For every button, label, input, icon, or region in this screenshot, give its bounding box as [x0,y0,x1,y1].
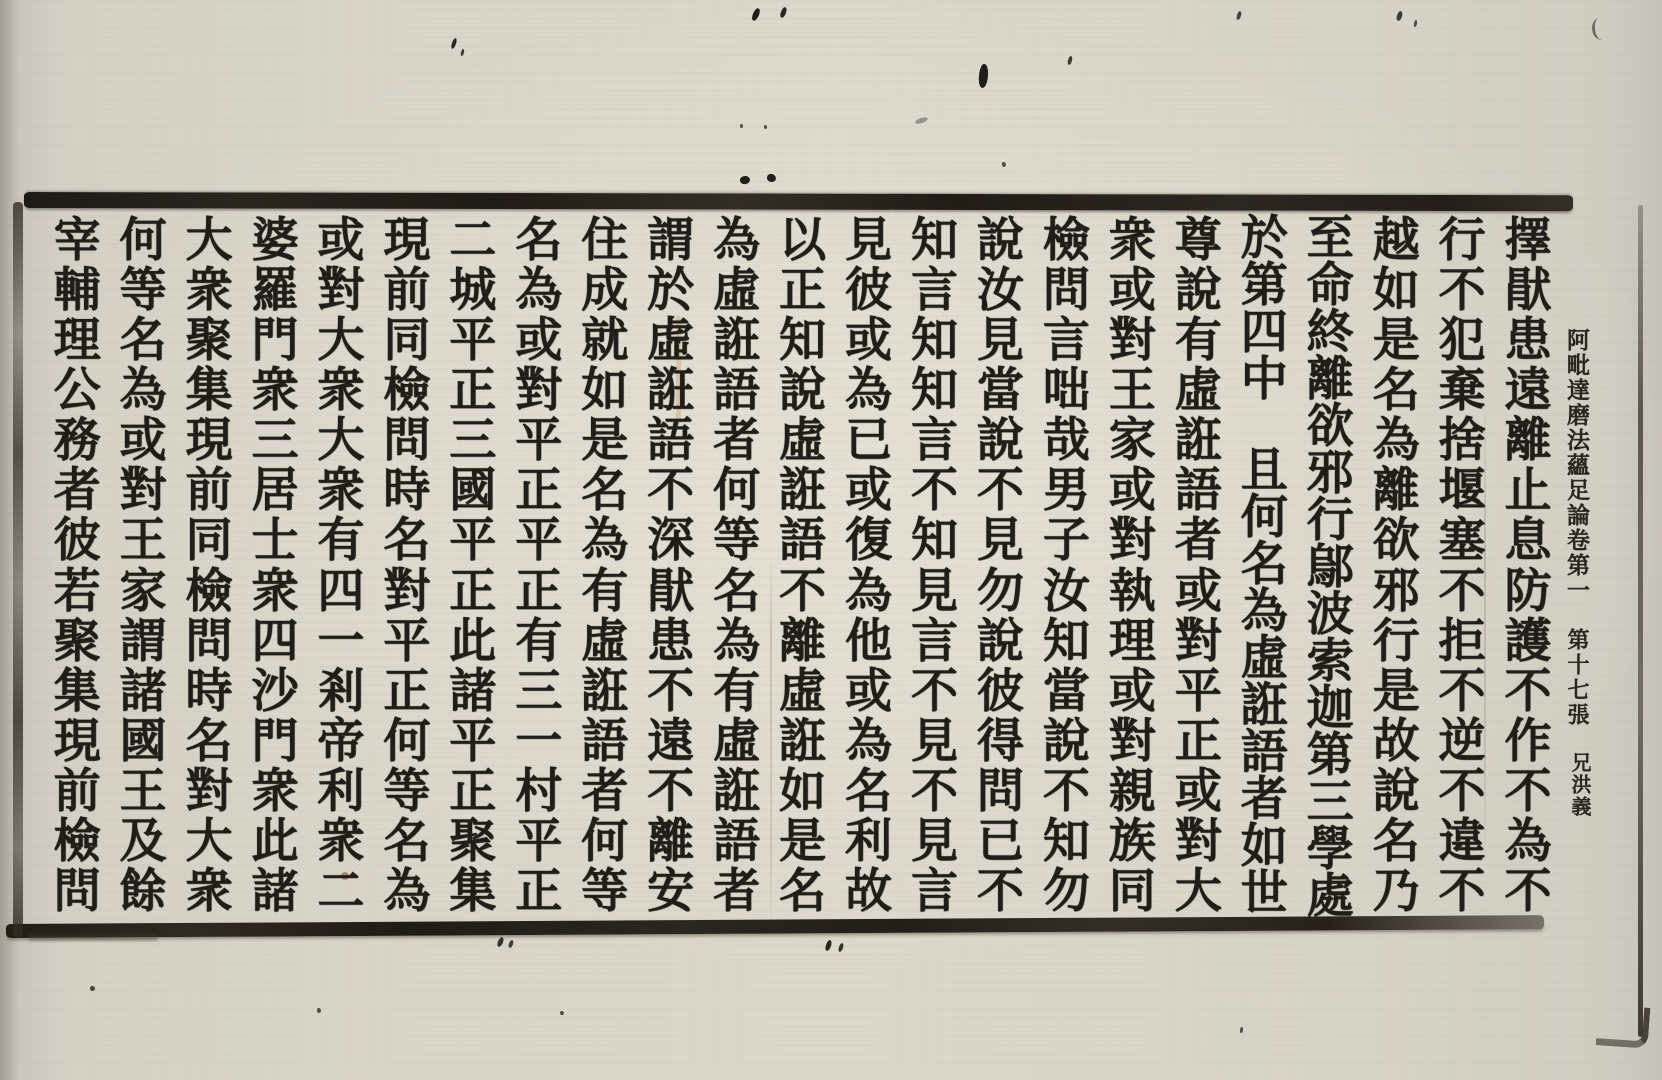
glyph: 於 [640,265,702,315]
glyph: 對 [1101,315,1163,365]
glyph: 何 [574,817,636,867]
glyph: 為 [838,566,900,616]
glyph: 虛 [1167,365,1229,415]
glyph: 離 [1365,466,1427,516]
glyph: 汝 [1035,566,1097,616]
glyph: 不 [1431,265,1493,315]
glyph: 為 [508,265,570,315]
glyph: 行 [1299,497,1361,544]
glyph: 堰 [1431,466,1493,516]
glyph: 逆 [1431,716,1493,766]
glyph: 對 [1101,516,1163,566]
glyph: 檢 [376,365,438,415]
glyph: 正 [376,666,438,716]
glyph: 名 [838,767,900,817]
glyph: 哉 [1035,416,1097,466]
text-column-21: 大衆聚集現前同檢問時名對大衆 [178,215,240,917]
glyph: 對 [1101,716,1163,766]
glyph: 防 [1497,566,1559,616]
text-column-16: 名為或對平正平正有三一村平正 [508,215,570,917]
glyph: 諸 [244,867,306,917]
glyph: 名 [508,215,570,265]
text-column-17: 二城平正三國平正此諸平正聚集 [442,215,504,917]
glyph: 知 [903,215,965,265]
glyph: 汝 [969,265,1031,315]
glyph: 一 [310,616,372,666]
glyph: 不 [1035,767,1097,817]
glyph: 對 [1167,817,1229,867]
glyph: 波 [1299,591,1361,638]
glyph: 門 [244,315,306,365]
glyph: 者 [46,466,108,516]
glyph: 正 [442,566,504,616]
glyph: 有 [574,566,636,616]
glyph: 集 [178,365,240,415]
glyph: 平 [1167,666,1229,716]
glyph: 同 [178,516,240,566]
glyph: 說 [969,416,1031,466]
glyph: 捨 [1431,416,1493,466]
glyph: 見 [969,516,1031,566]
glyph: 說 [1365,767,1427,817]
glyph: 及 [112,817,174,867]
glyph: 彼 [838,265,900,315]
glyph: 說 [1035,716,1097,766]
glyph: 不 [1497,867,1559,917]
glyph: 名 [1233,541,1295,588]
glyph: 檢 [1035,215,1097,265]
glyph: 誑 [1167,416,1229,466]
glyph: 以 [772,215,834,265]
glyph: 謂 [640,215,702,265]
glyph: 衆 [178,265,240,315]
glyph: 成 [574,265,636,315]
glyph: 乃 [1365,867,1427,917]
glyph: 誑 [772,716,834,766]
glyph: 猒 [1497,265,1559,315]
glyph: 當 [969,365,1031,415]
glyph: 何 [112,215,174,265]
text-column-1: 擇猒患遠離止息防護不作不為不 [1497,215,1559,917]
glyph: 聚 [442,817,504,867]
glyph: 或 [1101,265,1163,315]
glyph: 知 [903,315,965,365]
glyph: 終 [1299,309,1361,356]
glyph: 羅 [244,265,306,315]
glyph: 時 [376,466,438,516]
sheet-number: 第十七張 [1557,628,1593,728]
glyph: 見 [903,817,965,867]
glyph: 聚 [178,315,240,365]
glyph: 此 [442,616,504,666]
glyph: 三 [1299,779,1361,826]
glyph: 勿 [1035,867,1097,917]
glyph: 是 [574,416,636,466]
glyph: 衆 [310,466,372,516]
glyph: 為 [706,215,768,265]
glyph: 是 [1365,315,1427,365]
text-column-18: 現前同檢問時名對平正何等名為 [376,215,438,917]
glyph: 見 [903,566,965,616]
glyph: 正 [442,365,504,415]
glyph: 處 [1299,873,1361,920]
scanned-page: { "document": { "kind_note": "woodblock-… [0,0,1662,1080]
text-column-23: 宰輔理公務者彼若聚集現前檢問 [46,215,108,917]
glyph: 說 [772,365,834,415]
glyph: 檢 [46,817,108,867]
glyph: 理 [46,315,108,365]
glyph: 此 [244,817,306,867]
glyph: 誑 [574,666,636,716]
glyph: 患 [640,616,702,666]
glyph: 不 [640,466,702,516]
glyph: 說 [969,215,1031,265]
glyph: 是 [772,817,834,867]
glyph: 等 [574,867,636,917]
glyph: 已 [838,416,900,466]
glyph: 為 [838,365,900,415]
glyph: 離 [1299,356,1361,403]
glyph: 當 [1035,666,1097,716]
glyph: 止 [1497,466,1559,516]
glyph: 何 [376,716,438,766]
glyph: 語 [1233,729,1295,776]
glyph: 務 [46,416,108,466]
text-column-11: 見彼或為已或復為他或為名利故 [838,215,900,917]
glyph: 或 [1101,466,1163,516]
glyph: 世 [1233,870,1295,917]
glyph: 者 [574,767,636,817]
glyph: 前 [376,265,438,315]
glyph: 於 [1233,215,1295,262]
glyph: 大 [178,817,240,867]
glyph: 名 [376,817,438,867]
glyph: 息 [1497,516,1559,566]
glyph: 等 [376,767,438,817]
text-column-15: 住成就如是名為有虛誑語者何等 [574,215,636,917]
glyph: 邪 [1299,450,1361,497]
glyph: 三 [508,666,570,716]
ink-speck [764,125,767,129]
glyph: 集 [442,867,504,917]
glyph: 宰 [46,215,108,265]
glyph: 或 [1167,767,1229,817]
glyph: 城 [442,265,504,315]
glyph: 諸 [112,666,174,716]
glyph: 就 [574,315,636,365]
glyph: 名 [1365,817,1427,867]
glyph: 言 [903,265,965,315]
glyph: 離 [640,817,702,867]
glyph: 言 [903,416,965,466]
glyph: 虛 [772,416,834,466]
glyph: 他 [838,616,900,666]
glyph: 正 [508,867,570,917]
glyph: 利 [838,817,900,867]
glyph: 對 [508,365,570,415]
glyph: 或 [1167,566,1229,616]
glyph: 故 [1365,716,1427,766]
glyph: 見 [903,716,965,766]
glyph: 語 [574,716,636,766]
glyph: 虛 [706,716,768,766]
glyph: 或 [508,315,570,365]
text-column-2: 行不犯棄捨堰塞不拒不逆不違不 [1431,215,1493,917]
glyph: 深 [640,516,702,566]
glyph: 索 [1299,638,1361,685]
glyph: 作 [1497,716,1559,766]
glyph: 大 [1167,867,1229,917]
glyph: 士 [244,516,306,566]
text-column-22: 何等名為或對王家謂諸國王及餘 [112,215,174,917]
glyph: 不 [903,666,965,716]
glyph: 知 [903,516,965,566]
glyph: 名 [376,516,438,566]
glyph: 如 [772,767,834,817]
glyph: 欲 [1299,403,1361,450]
glyph: 說 [1167,265,1229,315]
ink-speck [740,124,743,128]
glyph: 門 [244,716,306,766]
glyph: 二 [310,867,372,917]
glyph: 名 [178,716,240,766]
glyph: 王 [112,516,174,566]
glyph: 國 [112,716,174,766]
glyph: 平 [508,516,570,566]
glyph: 衆 [1101,215,1163,265]
glyph: 家 [1101,416,1163,466]
glyph: 平 [508,416,570,466]
glyph: 為 [112,365,174,415]
text-column-10: 知言知知言不知見言不見不見言 [903,215,965,917]
glyph: 執 [1101,566,1163,616]
glyph: 或 [838,315,900,365]
glyph: 命 [1299,262,1361,309]
glyph: 不 [1431,666,1493,716]
glyph: 虛 [706,265,768,315]
glyph: 居 [244,466,306,516]
glyph: 村 [508,767,570,817]
glyph: 復 [838,516,900,566]
glyph: 為 [706,616,768,666]
glyph: 對 [1167,616,1229,666]
glyph: 公 [46,365,108,415]
glyph: 犯 [1431,315,1493,365]
glyph: 國 [442,466,504,516]
glyph: 或 [310,215,372,265]
glyph: 問 [1035,265,1097,315]
glyph: 言 [903,616,965,666]
glyph: 問 [969,767,1031,817]
glyph: 見 [838,215,900,265]
text-column-6: 尊說有虛誑語者或對平正或對大 [1167,215,1229,917]
glyph: 有 [706,666,768,716]
glyph: 鄔 [1299,544,1361,591]
glyph: 等 [112,265,174,315]
glyph: 者 [1167,516,1229,566]
glyph: 不 [969,466,1031,516]
glyph: 問 [376,416,438,466]
glyph: 名 [574,466,636,516]
glyph: 對 [376,566,438,616]
glyph: 帝 [310,716,372,766]
glyph: 不 [640,666,702,716]
glyph: 說 [969,616,1031,666]
glyph: 不 [1431,566,1493,616]
engraver-name: 兄洪義 [1559,752,1595,818]
glyph: 不 [1431,767,1493,817]
glyph: 越 [1365,215,1427,265]
glyph: 不 [640,767,702,817]
glyph: 前 [178,466,240,516]
glyph: 誑 [772,466,834,516]
glyph: 誑 [640,365,702,415]
glyph: 為 [574,516,636,566]
glyph: 住 [574,215,636,265]
glyph: 拒 [1431,616,1493,666]
glyph: 虛 [574,616,636,666]
glyph: 四 [1233,309,1295,356]
glyph: 中 [1233,356,1295,403]
glyph: 時 [178,666,240,716]
glyph: 平 [442,315,504,365]
glyph: 故 [838,867,900,917]
glyph: 若 [46,566,108,616]
text-column-19: 或對大衆大衆有四一剎帝利衆二 [310,215,372,917]
glyph: 迦 [1299,685,1361,732]
glyph: 不 [772,566,834,616]
glyph: 護 [1497,616,1559,666]
glyph: 者 [706,867,768,917]
glyph: 不 [1431,867,1493,917]
glyph: 違 [1431,817,1493,867]
glyph: 檢 [178,566,240,616]
glyph: 不 [1497,767,1559,817]
glyph: 衆 [244,767,306,817]
glyph: 正 [508,566,570,616]
text-column-20: 婆羅門衆三居士衆四沙門衆此諸 [244,215,306,917]
glyph: 子 [1035,516,1097,566]
glyph: 問 [46,867,108,917]
glyph: 平 [442,716,504,766]
glyph: 沙 [244,666,306,716]
glyph: 誑 [706,767,768,817]
glyph: 聚 [46,616,108,666]
glyph: 如 [1233,823,1295,870]
glyph: 王 [112,767,174,817]
glyph: 學 [1299,826,1361,873]
glyph: 平 [376,616,438,666]
glyph: 不 [969,867,1031,917]
text-column-7: 衆或對王家或對執理或對親族同 [1101,215,1163,917]
glyph: 名 [706,566,768,616]
glyph: 正 [1167,716,1229,766]
glyph: 大 [310,416,372,466]
glyph: 何 [706,466,768,516]
glyph: 尊 [1167,215,1229,265]
glyph: 者 [1233,776,1295,823]
glyph: 正 [772,265,834,315]
glyph: 離 [772,616,834,666]
glyph: 餘 [112,867,174,917]
glyph: 語 [640,416,702,466]
glyph: 至 [1299,215,1361,262]
glyph: 猒 [640,566,702,616]
glyph: 三 [442,416,504,466]
glyph: 不 [903,466,965,516]
glyph: 諸 [442,666,504,716]
glyph: 者 [706,416,768,466]
glyph: 現 [178,416,240,466]
glyph: 輔 [46,265,108,315]
glyph: 棄 [1431,365,1493,415]
glyph: 四 [310,566,372,616]
glyph: 利 [310,767,372,817]
glyph: 虛 [640,315,702,365]
glyph [1233,403,1295,447]
text-column-9: 說汝見當說不見勿說彼得問已不 [969,215,1031,917]
glyph: 得 [969,716,1031,766]
glyph: 如 [1365,265,1427,315]
glyph: 衆 [244,365,306,415]
text-column-3: 越如是名為離欲邪行是故說名乃 [1365,215,1427,917]
glyph: 虛 [772,666,834,716]
glyph: 已 [969,817,1031,867]
glyph: 何 [1233,494,1295,541]
glyph: 或 [838,666,900,716]
glyph: 衆 [310,817,372,867]
glyph: 大 [310,315,372,365]
glyph: 四 [244,616,306,666]
glyph: 大 [178,215,240,265]
glyph: 現 [376,215,438,265]
glyph: 有 [1167,315,1229,365]
glyph: 對 [112,466,174,516]
glyph: 衆 [310,365,372,415]
text-column-13: 為虛誑語者何等名為有虛誑語者 [706,215,768,917]
text-block: 擇猒患遠離止息防護不作不為不行不犯棄捨堰塞不拒不逆不違不越如是名為離欲邪行是故說… [0,0,1662,1080]
text-column-5: 於第四中且何名為虛誑語者如世 [1233,215,1295,917]
glyph: 彼 [46,516,108,566]
glyph: 平 [508,817,570,867]
glyph: 家 [112,566,174,616]
glyph: 為 [838,716,900,766]
glyph: 離 [1497,416,1559,466]
glyph: 等 [706,516,768,566]
glyph: 行 [1365,616,1427,666]
glyph: 語 [706,365,768,415]
glyph: 或 [1101,666,1163,716]
text-column-14: 謂於虛誑語不深猒患不遠不離安 [640,215,702,917]
glyph: 不 [903,767,965,817]
glyph: 勿 [969,566,1031,616]
glyph: 見 [969,315,1031,365]
glyph: 言 [903,867,965,917]
text-column-8: 檢問言咄哉男子汝知當說不知勿 [1035,215,1097,917]
glyph: 剎 [310,666,372,716]
glyph: 族 [1101,817,1163,867]
glyph: 親 [1101,767,1163,817]
glyph: 同 [376,315,438,365]
glyph: 不 [1497,666,1559,716]
glyph: 欲 [1365,516,1427,566]
ink-speck [317,1008,321,1013]
glyph: 言 [1035,315,1097,365]
glyph: 如 [574,365,636,415]
glyph: 婆 [244,215,306,265]
ink-speck [560,1011,564,1015]
glyph: 有 [508,616,570,666]
